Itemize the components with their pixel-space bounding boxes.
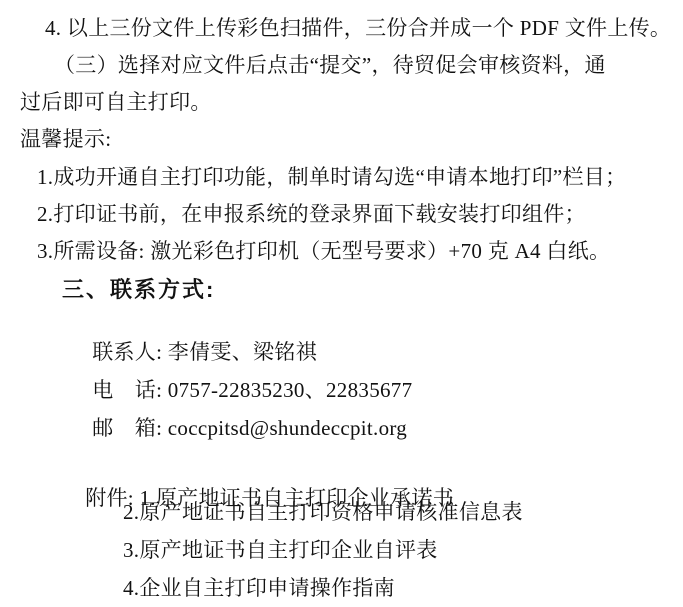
attachment-item-4: 4.企业自主打印申请操作指南 [123, 576, 395, 601]
attachment-item-3: 3.原产地证书自主打印企业自评表 [123, 538, 438, 563]
contact-section-heading: 三、联系方式: [62, 277, 215, 302]
contact-email-label: 邮 箱: [92, 416, 168, 440]
contact-email-line: 邮 箱: coccpitsd@shundeccpit.org [70, 391, 407, 466]
tip-item-1: 1.成功开通自主打印功能，制单时请勾选“申请本地打印”栏目； [37, 165, 626, 190]
tip-item-3: 3.所需设备: 激光彩色打印机（无型号要求）+70 克 A4 白纸。 [37, 239, 610, 264]
attachment-item-2: 2.原产地证书自主打印资格申请核准信息表 [123, 500, 523, 525]
submit-instruction-line-2: 过后即可自主打印。 [20, 90, 212, 115]
contact-email-value: coccpitsd@shundeccpit.org [168, 416, 407, 440]
submit-instruction-line-1: （三）选择对应文件后点击“提交”，待贸促会审核资料，通 [54, 53, 606, 78]
document-page: 4. 以上三份文件上传彩色扫描件，三份合并成一个 PDF 文件上传。 （三）选择… [0, 0, 683, 607]
tips-title: 温馨提示: [20, 127, 111, 152]
upload-instruction-line: 4. 以上三份文件上传彩色扫描件，三份合并成一个 PDF 文件上传。 [45, 16, 671, 41]
tip-item-2: 2.打印证书前，在申报系统的登录界面下载安装打印组件； [37, 202, 586, 227]
